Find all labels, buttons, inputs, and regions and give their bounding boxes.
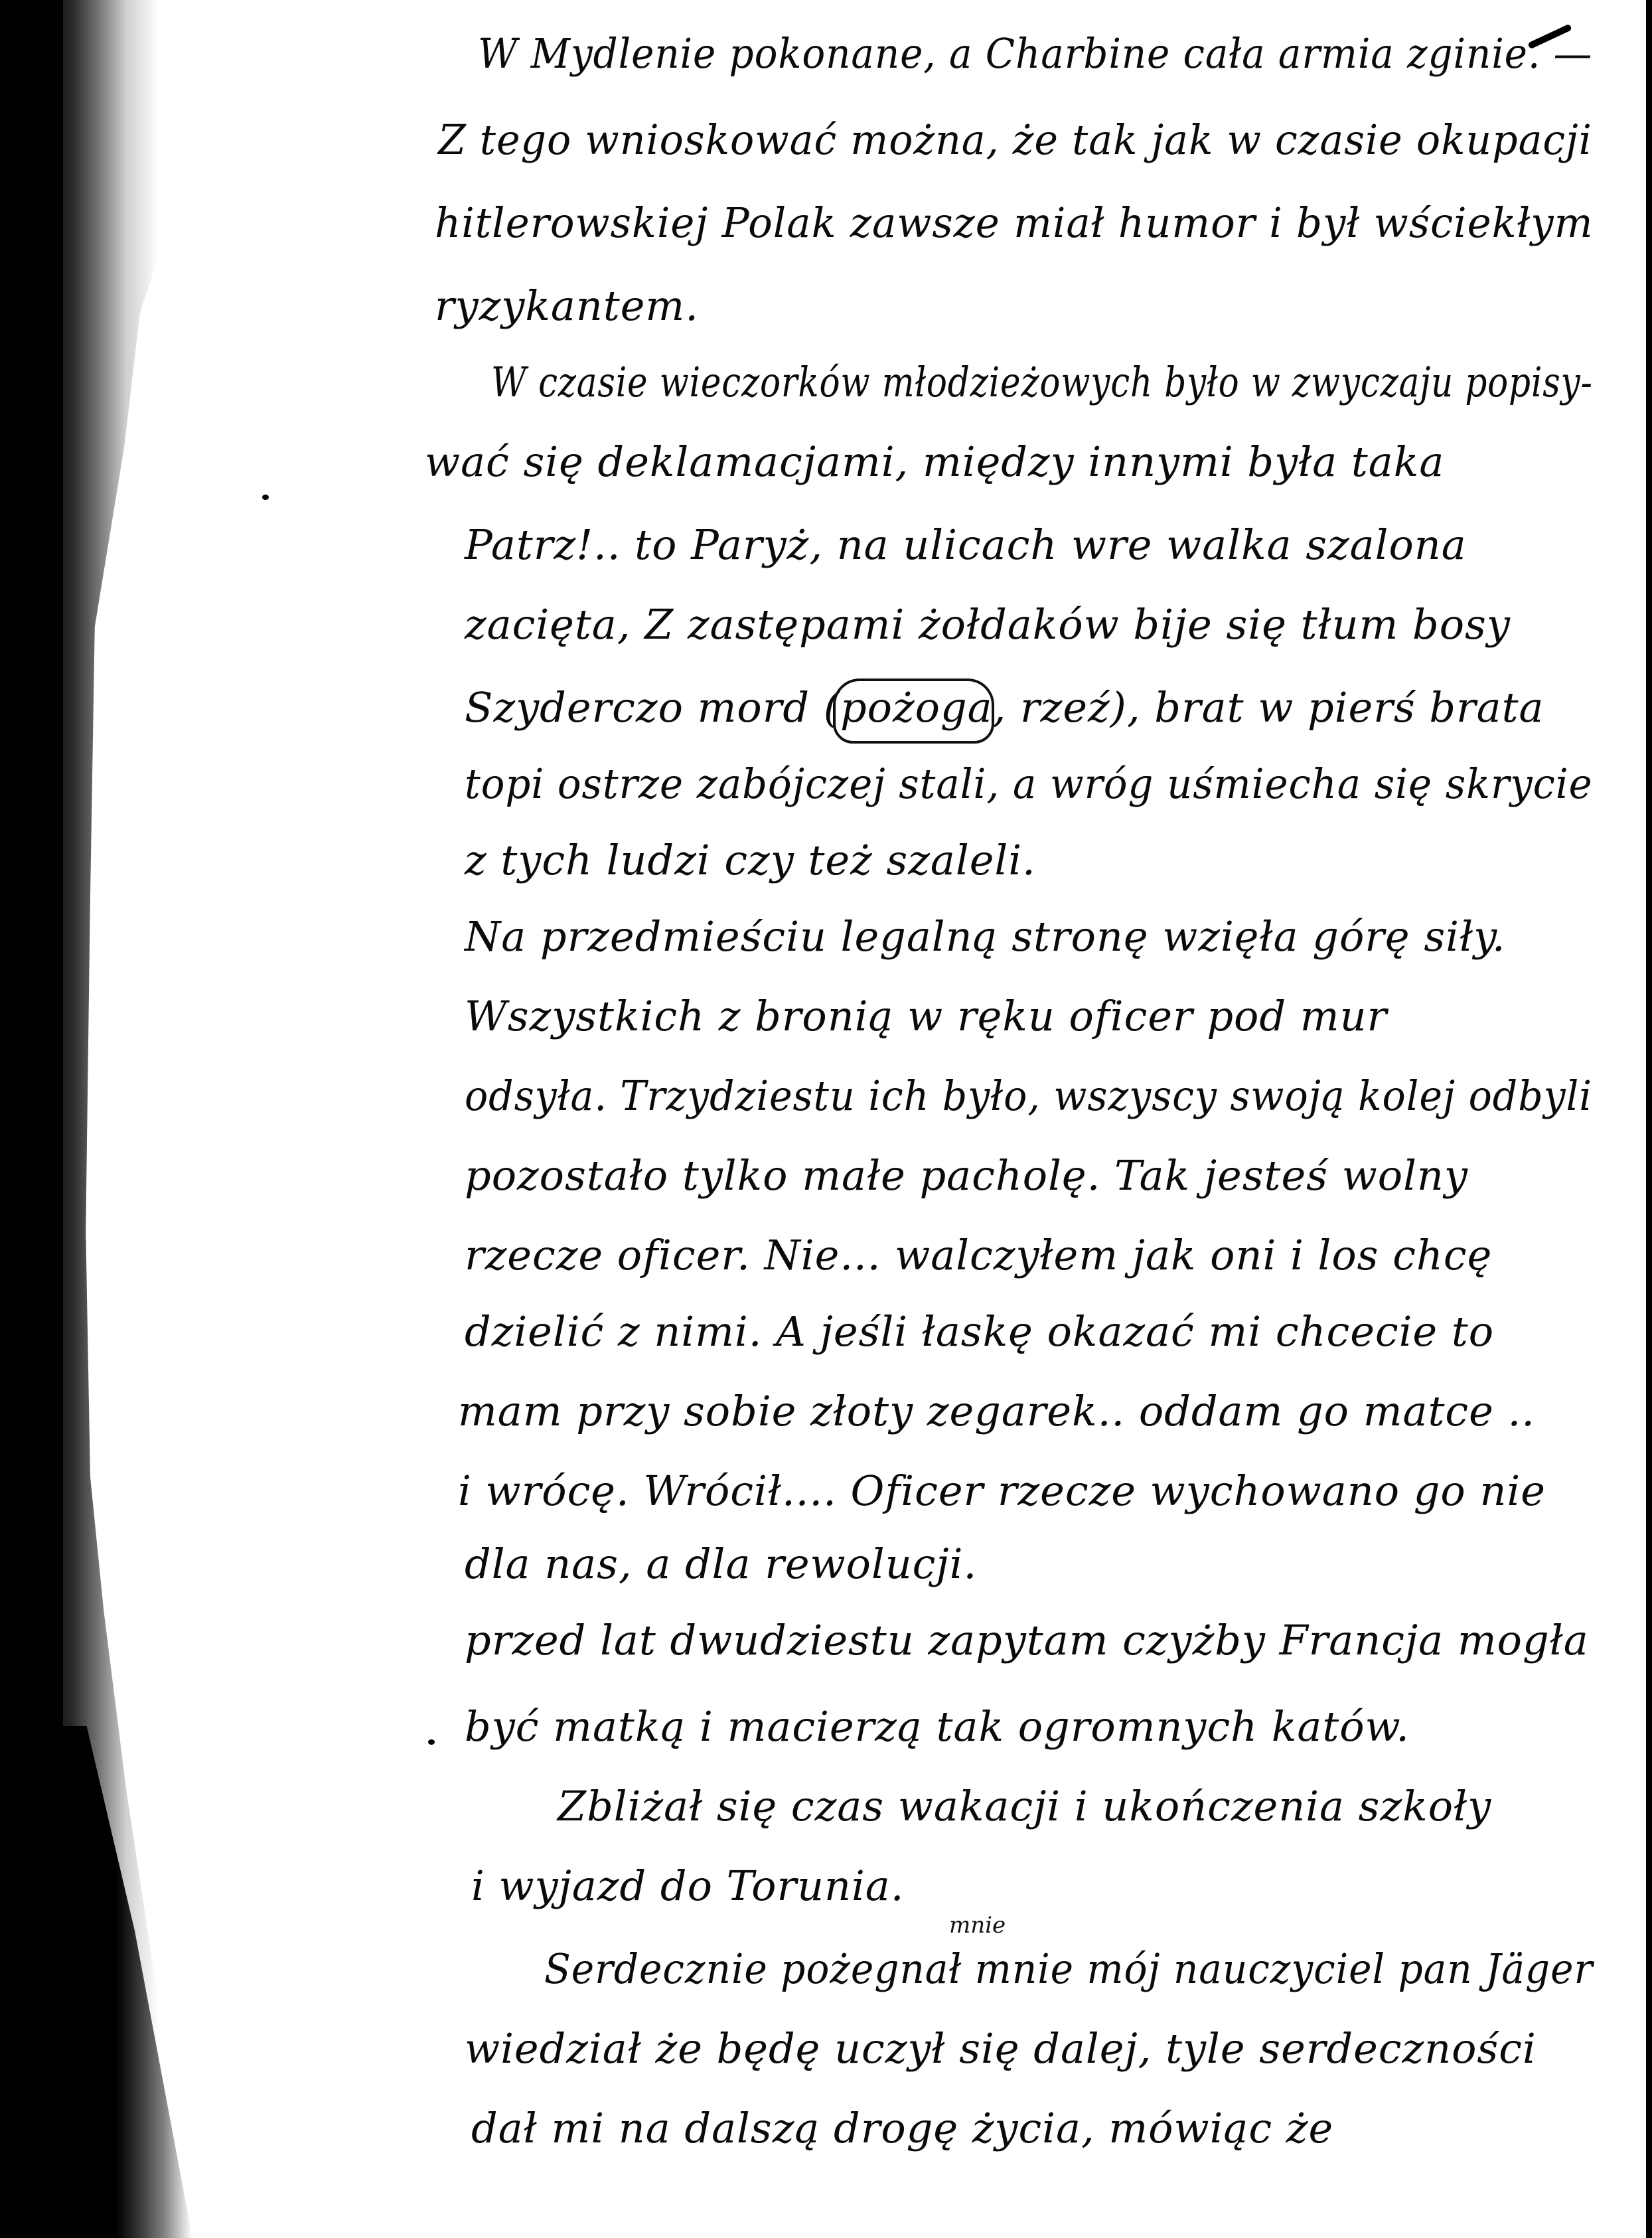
- manuscript-line: topi ostrze zabójczej stali, a wróg uśmi…: [465, 763, 1593, 805]
- ink-speck: [262, 495, 269, 500]
- manuscript-line: być matką i macierzą tak ogromnych katów…: [465, 1706, 1410, 1747]
- circled-words-annotation: [833, 679, 994, 744]
- manuscript-line: przed lat dwudziestu zapytam czyżby Fran…: [465, 1620, 1589, 1661]
- manuscript-line: pozostało tylko małe pacholę. Tak jesteś…: [465, 1155, 1468, 1196]
- manuscript-line: mam przy sobie złoty zegarek.. oddam go …: [458, 1391, 1535, 1432]
- inserted-word-annotation: mnie: [949, 1912, 1006, 1939]
- manuscript-line: zacięta, Z zastępami żołdaków bije się t…: [465, 604, 1511, 645]
- manuscript-line: Serdecznie pożegnał mnie mój nauczyciel …: [544, 1949, 1593, 1990]
- manuscript-line: Z tego wnioskować można, że tak jak w cz…: [438, 120, 1592, 161]
- manuscript-line: hitlerowskiej Polak zawsze miał humor i …: [435, 202, 1593, 244]
- manuscript-line: dla nas, a dla rewolucji.: [465, 1544, 977, 1585]
- manuscript-line: i wyjazd do Torunia.: [471, 1866, 904, 1907]
- ink-speck: [428, 1739, 435, 1745]
- manuscript-line: ryzykantem.: [435, 285, 699, 327]
- manuscript-line: i wrócę. Wrócił.... Oficer rzecze wychow…: [458, 1471, 1546, 1512]
- manuscript-line: Zbliżał się czas wakacji i ukończenia sz…: [558, 1786, 1491, 1827]
- manuscript-line: Wszystkich z bronią w ręku oficer pod mu…: [465, 996, 1387, 1037]
- manuscript-line: dzielić z nimi. A jeśli łaskę okazać mi …: [465, 1311, 1494, 1352]
- manuscript-line: W Mydlenie pokonane, a Charbine cała arm…: [478, 33, 1592, 74]
- manuscript-line: wiedział że będę uczył się dalej, tyle s…: [465, 2028, 1537, 2069]
- manuscript-line: Patrz!.. to Paryż, na ulicach wre walka …: [465, 524, 1467, 566]
- page-right-border: [1646, 0, 1652, 2238]
- manuscript-line: Szyderczo mord (pożoga, rzeź), brat w pi…: [465, 687, 1544, 728]
- manuscript-line: rzecze oficer. Nie... walczyłem jak oni …: [465, 1235, 1492, 1276]
- manuscript-line: W czasie wieczorków młodzieżowych było w…: [491, 362, 1593, 403]
- scanned-page: W Mydlenie pokonane, a Charbine cała arm…: [0, 0, 1652, 2238]
- manuscript-line: dał mi na dalszą drogę życia, mówiąc że: [471, 2108, 1333, 2149]
- scanner-shadow-lower: [0, 1726, 192, 2238]
- manuscript-line: odsyła. Trzydziestu ich było, wszyscy sw…: [465, 1076, 1592, 1117]
- manuscript-line: z tych ludzi czy też szaleli.: [465, 840, 1036, 881]
- manuscript-line: wać się deklamacjami, między innymi była…: [425, 441, 1444, 483]
- manuscript-line: Na przedmieściu legalną stronę wzięła gó…: [465, 916, 1506, 957]
